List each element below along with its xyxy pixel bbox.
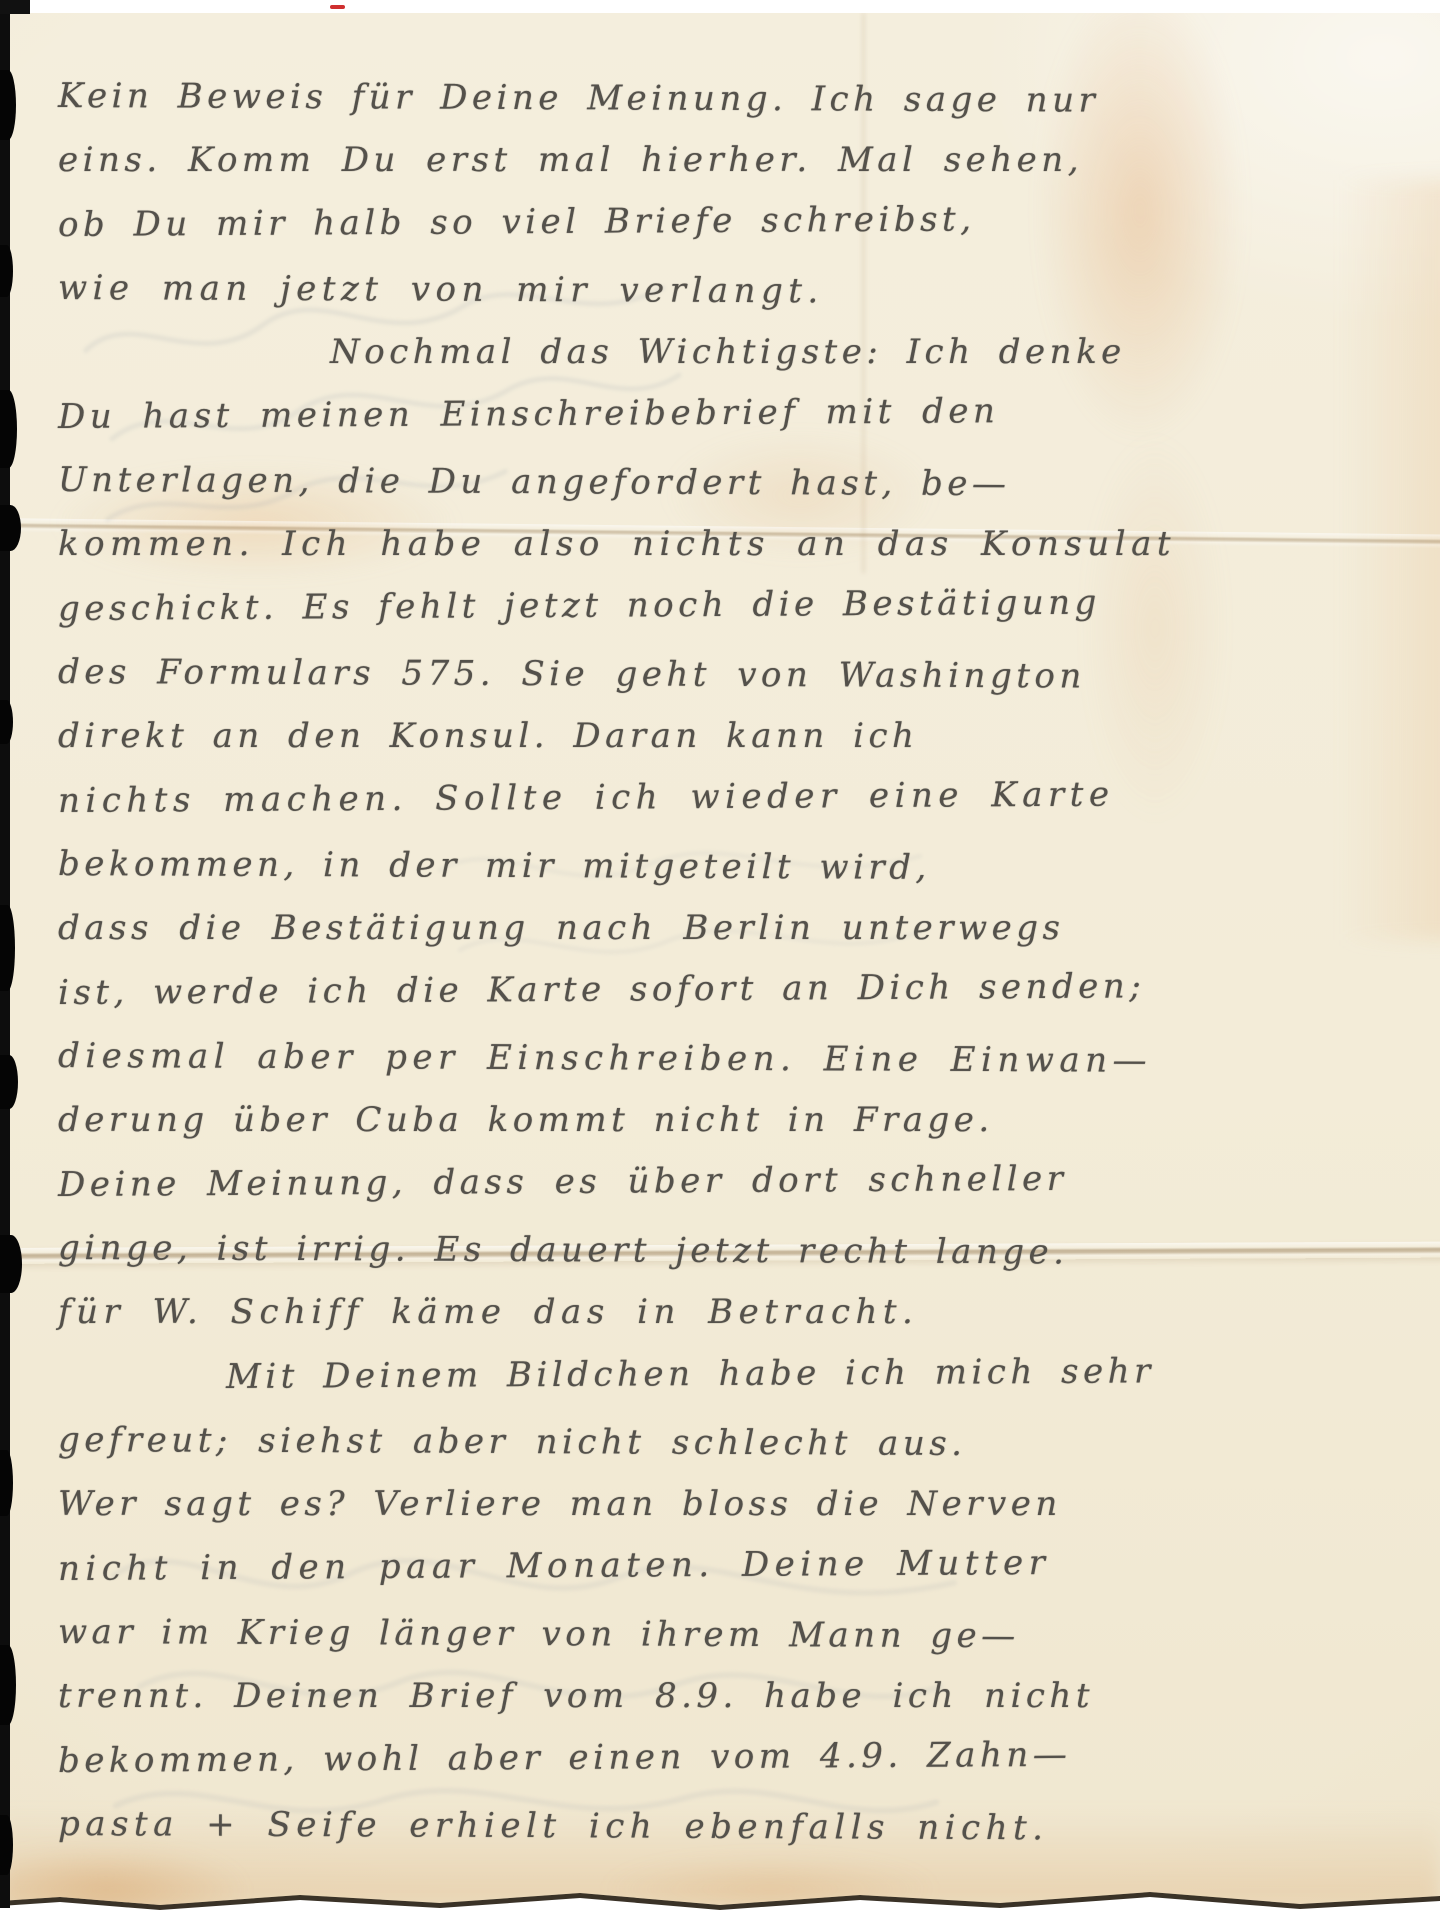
letter-line: Deine Meinung, dass es über dort schnell… xyxy=(58,1145,1440,1217)
letter-line: trennt. Deinen Brief vom 8.9. habe ich n… xyxy=(58,1664,1440,1728)
letter-line: Nochmal das Wichtigste: Ich denke xyxy=(330,320,1440,384)
letter-line: Kein Beweis für Deine Meinung. Ich sage … xyxy=(58,64,1440,134)
scanner-edge-blob xyxy=(0,1450,13,1516)
scanner-edge-blob xyxy=(0,505,21,551)
letter-line: dass die Bestätigung nach Berlin unterwe… xyxy=(58,896,1440,960)
letter-text: Kein Beweis für Deine Meinung. Ich sage … xyxy=(58,64,1440,1856)
scanned-letter-page: Kein Beweis für Deine Meinung. Ich sage … xyxy=(0,0,1440,1919)
scanner-edge-blob xyxy=(0,700,13,744)
letter-line: bekommen, wohl aber einen vom 4.9. Zahn— xyxy=(58,1721,1440,1793)
letter-line: Du hast meinen Einschreibebrief mit den xyxy=(58,377,1440,449)
red-scan-mark xyxy=(330,5,345,9)
letter-line: Mit Deinem Bildchen habe ich mich sehr xyxy=(226,1338,1440,1409)
scanner-edge-blob xyxy=(0,905,15,991)
letter-line: derung über Cuba kommt nicht in Frage. xyxy=(58,1088,1440,1152)
letter-line: war im Krieg länger von ihrem Mann ge— xyxy=(58,1600,1440,1670)
scanner-edge-blob xyxy=(0,1235,22,1293)
scanner-edge-blob xyxy=(0,1815,13,1875)
letter-line: des Formulars 575. Sie geht von Washingt… xyxy=(58,640,1440,710)
letter-line: diesmal aber per Einschreiben. Eine Einw… xyxy=(58,1024,1440,1094)
letter-line: ist, werde ich die Karte sofort an Dich … xyxy=(58,953,1440,1025)
letter-line: nicht in den paar Monaten. Deine Mutter xyxy=(58,1529,1440,1601)
scanner-edge-blob xyxy=(0,1055,18,1109)
letter-line: für W. Schiff käme das in Betracht. xyxy=(58,1280,1440,1344)
letter-line: Unterlagen, die Du angefordert hast, be— xyxy=(58,448,1440,518)
letter-line: pasta + Seife erhielt ich ebenfalls nich… xyxy=(58,1792,1440,1862)
letter-line: ginge, ist irrig. Es dauert jetzt recht … xyxy=(58,1216,1440,1286)
letter-paper: Kein Beweis für Deine Meinung. Ich sage … xyxy=(0,0,1440,1919)
letter-line: ob Du mir halb so viel Briefe schreibst, xyxy=(58,185,1440,257)
scanner-edge-blob xyxy=(0,70,16,140)
letter-line: Wer sagt es? Verliere man bloss die Nerv… xyxy=(58,1472,1440,1536)
letter-line: wie man jetzt von mir verlangt. xyxy=(58,256,1440,326)
letter-line: direkt an den Konsul. Daran kann ich xyxy=(58,704,1440,768)
letter-line: gefreut; siehst aber nicht schlecht aus. xyxy=(58,1408,1440,1478)
scanner-edge-blob xyxy=(0,245,13,297)
letter-line: geschickt. Es fehlt jetzt noch die Bestä… xyxy=(58,569,1440,641)
scanner-edge-blob xyxy=(0,1645,16,1725)
scanner-edge-blob xyxy=(0,390,17,468)
scanner-corner-mark xyxy=(0,0,30,14)
letter-line: kommen. Ich habe also nichts an das Kons… xyxy=(58,512,1440,576)
letter-line: bekommen, in der mir mitgeteilt wird, xyxy=(58,832,1440,902)
letter-line: eins. Komm Du erst mal hierher. Mal sehe… xyxy=(58,128,1440,192)
letter-line: nichts machen. Sollte ich wieder eine Ka… xyxy=(58,761,1440,833)
